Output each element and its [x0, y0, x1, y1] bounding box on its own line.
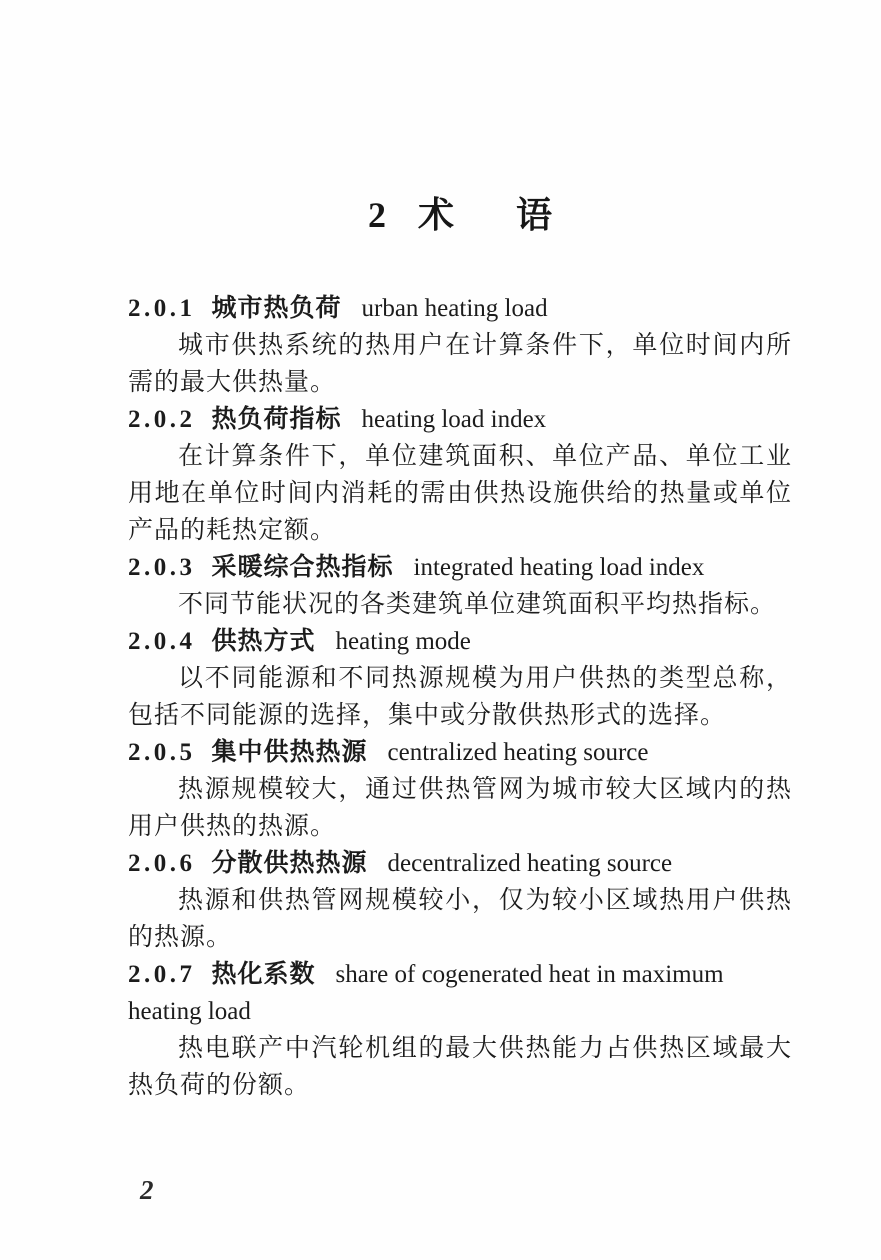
term-entry: 2.0.5集中供热热源centralized heating source 热源… — [128, 734, 792, 845]
term-number: 2.0.2 — [128, 406, 196, 433]
term-heading: 2.0.3采暖综合热指标integrated heating load inde… — [128, 549, 792, 586]
chapter-number: 2 — [368, 195, 386, 235]
document-page: 2术语 2.0.1城市热负荷urban heating load 城市供热系统的… — [0, 0, 881, 1260]
page-number: 2 — [140, 1172, 154, 1209]
term-heading: 2.0.4供热方式heating mode — [128, 623, 792, 660]
term-definition: 热源规模较大，通过供热管网为城市较大区域内的热用户供热的热源。 — [128, 771, 792, 845]
term-english: centralized heating source — [388, 739, 649, 766]
term-chinese: 分散供热热源 — [212, 850, 368, 877]
term-entry: 2.0.3采暖综合热指标integrated heating load inde… — [128, 549, 792, 623]
chapter-title-char-1: 术 — [418, 195, 454, 235]
term-chinese: 采暖综合热指标 — [212, 554, 394, 581]
term-definition: 以不同能源和不同热源规模为用户供热的类型总称，包括不同能源的选择，集中或分散供热… — [128, 660, 792, 734]
term-english: urban heating load — [362, 295, 548, 322]
chapter-title-char-2: 语 — [516, 195, 552, 235]
term-number: 2.0.3 — [128, 554, 196, 581]
term-number: 2.0.5 — [128, 739, 196, 766]
term-english: integrated heating load index — [414, 554, 705, 581]
term-definition: 在计算条件下，单位建筑面积、单位产品、单位工业用地在单位时间内消耗的需由供热设施… — [128, 438, 792, 549]
term-entry: 2.0.7热化系数share of cogenerated heat in ma… — [128, 956, 792, 1104]
term-heading: 2.0.7热化系数share of cogenerated heat in ma… — [128, 956, 792, 1030]
term-heading: 2.0.2热负荷指标heating load index — [128, 401, 792, 438]
term-number: 2.0.6 — [128, 850, 196, 877]
term-definition: 热源和供热管网规模较小，仅为较小区域热用户供热的热源。 — [128, 882, 792, 956]
chapter-title: 2术语 — [128, 192, 792, 238]
term-definition: 城市供热系统的热用户在计算条件下，单位时间内所需的最大供热量。 — [128, 327, 792, 401]
term-entry: 2.0.6分散供热热源decentralized heating source … — [128, 845, 792, 956]
term-entry: 2.0.4供热方式heating mode 以不同能源和不同热源规模为用户供热的… — [128, 623, 792, 734]
term-number: 2.0.7 — [128, 961, 196, 988]
term-heading: 2.0.1城市热负荷urban heating load — [128, 290, 792, 327]
term-english: decentralized heating source — [388, 850, 673, 877]
term-english: heating mode — [336, 628, 471, 655]
term-chinese: 供热方式 — [212, 628, 316, 655]
term-english: heating load index — [362, 406, 547, 433]
page-content: 2术语 2.0.1城市热负荷urban heating load 城市供热系统的… — [128, 192, 792, 1104]
term-heading: 2.0.6分散供热热源decentralized heating source — [128, 845, 792, 882]
term-number: 2.0.1 — [128, 295, 196, 322]
term-number: 2.0.4 — [128, 628, 196, 655]
term-definition: 热电联产中汽轮机组的最大供热能力占供热区域最大热负荷的份额。 — [128, 1030, 792, 1104]
term-chinese: 集中供热热源 — [212, 739, 368, 766]
term-entry: 2.0.1城市热负荷urban heating load 城市供热系统的热用户在… — [128, 290, 792, 401]
term-chinese: 热化系数 — [212, 961, 316, 988]
term-chinese: 热负荷指标 — [212, 406, 342, 433]
term-heading: 2.0.5集中供热热源centralized heating source — [128, 734, 792, 771]
term-entry: 2.0.2热负荷指标heating load index 在计算条件下，单位建筑… — [128, 401, 792, 549]
term-definition: 不同节能状况的各类建筑单位建筑面积平均热指标。 — [128, 586, 792, 623]
term-chinese: 城市热负荷 — [212, 295, 342, 322]
